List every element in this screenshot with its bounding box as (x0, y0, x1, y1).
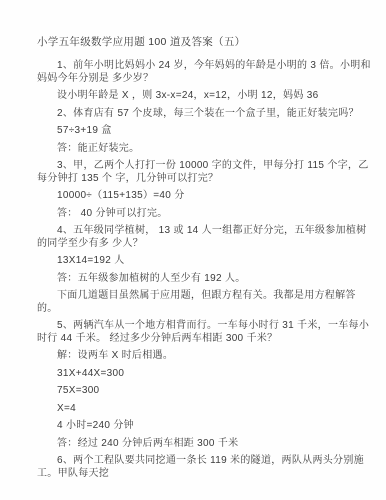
page-title: 小学五年级数学应用题 100 道及答案（五） (37, 36, 372, 49)
paragraph-line: 答：五年级参加植树的人至少有 192 人。 (37, 273, 372, 286)
paragraph-line: 10000÷（115+135）=40 分 (37, 190, 372, 203)
paragraph-line: 5、两辆汽车从一个地方相背而行。一车每小时行 31 千米，一车每小时行 44 千… (37, 320, 372, 345)
paragraph-line: 答：经过 240 分钟后两车相距 300 千米 (37, 438, 372, 451)
paragraph-line: 13X14=192 人 (37, 255, 372, 268)
paragraph-line: 解：设两车 X 时后相遇。 (37, 350, 372, 363)
paragraph-line: 31X+44X=300 (37, 368, 372, 381)
paragraph-line: 3、甲，乙两个人打打一份 10000 字的文件，甲每分打 115 个字，乙每分钟… (37, 160, 372, 185)
document-body: 1、前年小明比妈妈小 24 岁，今年妈妈的年龄是小明的 3 倍。小明和妈妈今年分… (37, 60, 372, 480)
document-page: 小学五年级数学应用题 100 道及答案（五） 1、前年小明比妈妈小 24 岁，今… (0, 0, 386, 500)
paragraph-line: 57÷3+19 盒 (37, 125, 372, 138)
paragraph-line: 2、体育店有 57 个皮球，每三个装在一个盒子里，能正好装完吗？ (37, 108, 372, 121)
paragraph-line: 75X=300 (37, 385, 372, 398)
paragraph-line: 6、两个工程队要共同挖通一条长 119 米的隧道，两队从两头分别施工。甲队每天挖 (37, 455, 372, 480)
paragraph-line: 下面几道题目虽然属于应用题，但跟方程有关。我都是用方程解答的。 (37, 290, 372, 315)
paragraph-line: 1、前年小明比妈妈小 24 岁，今年妈妈的年龄是小明的 3 倍。小明和妈妈今年分… (37, 60, 372, 85)
paragraph-line: X=4 (37, 403, 372, 416)
paragraph-line: 4、五年级同学植树， 13 或 14 人一组都正好分完，五年级参加植树的同学至少… (37, 225, 372, 250)
paragraph-line: 4 小时=240 分钟 (37, 420, 372, 433)
paragraph-line: 设小明年龄是 X ，则 3x-x=24，x=12，小明 12，妈妈 36 (37, 90, 372, 103)
paragraph-line: 答： 40 分钟可以打完。 (37, 208, 372, 221)
paragraph-line: 答：能正好装完。 (37, 143, 372, 156)
